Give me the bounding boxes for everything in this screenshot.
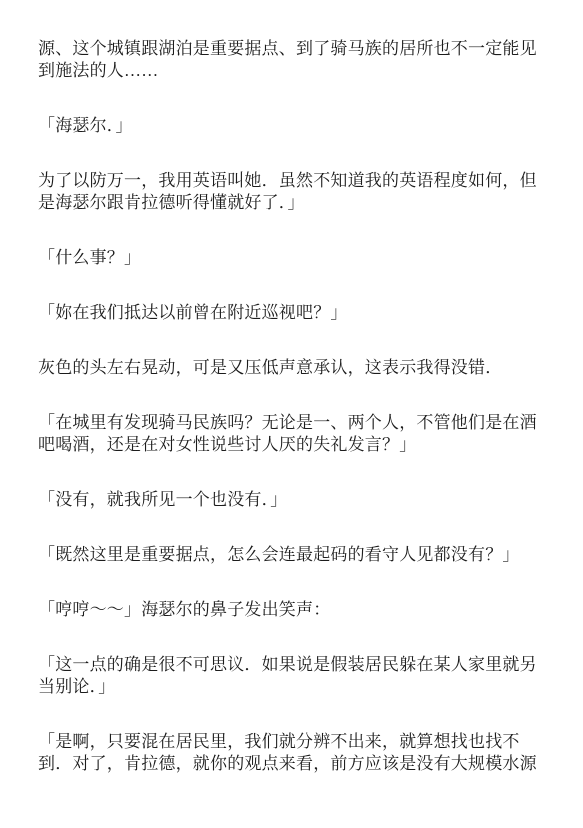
text-line: 「这一点的确是很不可思议．如果说是假装居民躲在某人家里就另 [38,654,547,676]
paragraph: 「既然这里是重要据点，怎么会连最起码的看守人见都没有？」 [38,544,547,566]
text-line: 「妳在我们抵达以前曾在附近巡视吧？」 [38,302,547,324]
text-line: 「既然这里是重要据点，怎么会连最起码的看守人见都没有？」 [38,544,547,566]
paragraph: 「海瑟尔．」 [38,115,547,137]
text-line: 「在城里有发现骑马民族吗？无论是一、两个人，不管他们是在酒 [38,412,547,434]
text-line: 灰色的头左右晃动，可是又压低声意承认，这表示我得没错． [38,357,547,379]
paragraph-container: 源、这个城镇跟湖泊是重要据点、到了骑马族的居所也不一定能见到施法的人……「海瑟尔… [38,38,547,775]
text-line: 「哼哼～～」海瑟尔的鼻子发出笑声： [38,599,547,621]
paragraph: 「是啊，只要混在居民里，我们就分辨不出来，就算想找也找不到．对了，肯拉德，就你的… [38,731,547,775]
paragraph: 「没有，就我所见一个也没有．」 [38,489,547,511]
text-line: 到．对了，肯拉德，就你的观点来看，前方应该是没有大规模水源 [38,753,547,775]
text-line: 「没有，就我所见一个也没有．」 [38,489,547,511]
novel-page: 源、这个城镇跟湖泊是重要据点、到了骑马族的居所也不一定能见到施法的人……「海瑟尔… [0,0,583,828]
text-line: 「是啊，只要混在居民里，我们就分辨不出来，就算想找也找不 [38,731,547,753]
paragraph: 「这一点的确是很不可思议．如果说是假装居民躲在某人家里就另当别论．」 [38,654,547,698]
text-line: 源、这个城镇跟湖泊是重要据点、到了骑马族的居所也不一定能见 [38,38,547,60]
text-line: 是海瑟尔跟肯拉德听得懂就好了．」 [38,192,547,214]
paragraph: 源、这个城镇跟湖泊是重要据点、到了骑马族的居所也不一定能见到施法的人…… [38,38,547,82]
text-line: 吧喝酒，还是在对女性说些讨人厌的失礼发言？」 [38,434,547,456]
paragraph: 「在城里有发现骑马民族吗？无论是一、两个人，不管他们是在酒吧喝酒，还是在对女性说… [38,412,547,456]
paragraph: 「哼哼～～」海瑟尔的鼻子发出笑声： [38,599,547,621]
paragraph: 「什么事？」 [38,247,547,269]
text-line: 「什么事？」 [38,247,547,269]
paragraph: 灰色的头左右晃动，可是又压低声意承认，这表示我得没错． [38,357,547,379]
text-line: 到施法的人…… [38,60,547,82]
paragraph: 为了以防万一，我用英语叫她．虽然不知道我的英语程度如何，但是海瑟尔跟肯拉德听得懂… [38,170,547,214]
paragraph: 「妳在我们抵达以前曾在附近巡视吧？」 [38,302,547,324]
text-line: 为了以防万一，我用英语叫她．虽然不知道我的英语程度如何，但 [38,170,547,192]
text-line: 当别论．」 [38,676,547,698]
text-line: 「海瑟尔．」 [38,115,547,137]
